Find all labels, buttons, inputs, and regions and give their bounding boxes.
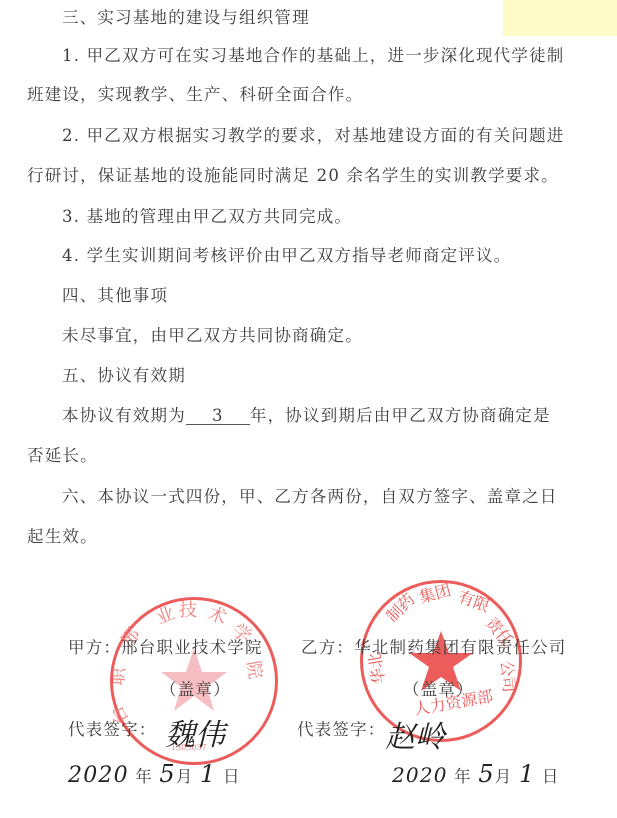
section-6-line-1: 六、本协议一式四份，甲、乙方各两份，自双方签字、盖章之日 (62, 487, 558, 507)
clause-3-3: 3. 基地的管理由甲乙双方共同完成。 (62, 207, 352, 227)
party-a-name: 邢台职业技术学院 (121, 638, 263, 657)
party-a-date-month-unit: 月 (176, 767, 194, 786)
section-4-body: 未尽事宜，由甲乙双方共同协商确定。 (62, 326, 363, 346)
section-5-body-line-1: 本协议有效期为3年，协议到期后由甲乙双方协商确定是 (62, 406, 551, 426)
yellow-highlight-note (503, 0, 617, 36)
svg-text:院: 院 (242, 659, 266, 680)
party-a-label: 甲方： (68, 638, 121, 657)
clause-3-1-line-2: 班建设，实现教学、生产、科研全面合作。 (27, 85, 363, 105)
party-b-date-day-unit: 日 (542, 767, 560, 786)
party-b-date: 2020 年 5月 1 日 (392, 764, 560, 787)
party-b-rep-label: 代表签字： (297, 720, 386, 740)
party-a-date-year-unit: 年 (135, 767, 153, 786)
svg-text:职: 职 (113, 666, 130, 687)
validity-years-field: 3 (186, 407, 250, 425)
clause-3-2-line-1: 2. 甲乙双方根据实习教学的要求，对基地建设方面的有关问题进 (62, 126, 565, 146)
party-b-date-month: 5 (478, 760, 494, 788)
svg-text:术: 术 (205, 603, 229, 629)
section-5-heading: 五、协议有效期 (62, 366, 186, 386)
validity-prefix: 本协议有效期为 (62, 406, 186, 425)
svg-text:集团: 集团 (417, 583, 453, 607)
svg-text:技: 技 (179, 600, 197, 621)
party-a-date: 2020 年 5月 1 日 (68, 764, 241, 787)
clause-3-1-line-1: 1. 甲乙双方可在实习基地合作的基础上，进一步深化现代学徒制 (62, 46, 565, 66)
clause-3-4: 4. 学生实训期间考核评价由甲乙双方指导老师商定评议。 (62, 246, 511, 266)
party-b-signature: 赵岭 (385, 712, 445, 756)
party-b-seal-note: （盖章） (403, 680, 474, 700)
validity-suffix: 年，协议到期后由甲乙双方协商确定是 (250, 406, 551, 425)
section-6-line-2: 起生效。 (27, 527, 98, 547)
party-b-line: 乙方：华北制药集团有限责任公司 (301, 638, 567, 658)
party-b-date-year-unit: 年 (454, 767, 472, 786)
party-a-date-year: 2020 (68, 763, 129, 788)
svg-text:公司: 公司 (497, 660, 519, 694)
party-b-date-year: 2020 (392, 763, 448, 787)
party-b-name: 华北制药集团有限责任公司 (354, 638, 566, 657)
party-b-date-month-unit: 月 (495, 767, 513, 786)
party-b-date-day: 1 (519, 760, 535, 788)
svg-text:有限: 有限 (456, 587, 493, 616)
party-a-date-month: 5 (159, 760, 175, 788)
section-5-body-line-2: 否延长。 (27, 446, 98, 466)
svg-text:制药: 制药 (382, 590, 418, 626)
party-b-label: 乙方： (301, 638, 354, 657)
clause-3-2-line-2: 行研讨，保证基地的设施能同时满足 20 余名学生的实训教学要求。 (27, 166, 559, 186)
party-a-date-day-unit: 日 (223, 767, 241, 786)
svg-text:业: 业 (154, 603, 178, 629)
party-a-seal-note: （盖章） (160, 680, 231, 700)
party-a-line: 甲方：邢台职业技术学院 (68, 638, 263, 658)
section-3-heading: 三、实习基地的建设与组织管理 (62, 8, 310, 28)
section-4-heading: 四、其他事项 (62, 286, 168, 306)
party-a-signature: 魏伟 (165, 710, 225, 754)
party-a-date-day: 1 (200, 760, 216, 788)
party-a-rep-label: 代表签字： (68, 720, 157, 740)
